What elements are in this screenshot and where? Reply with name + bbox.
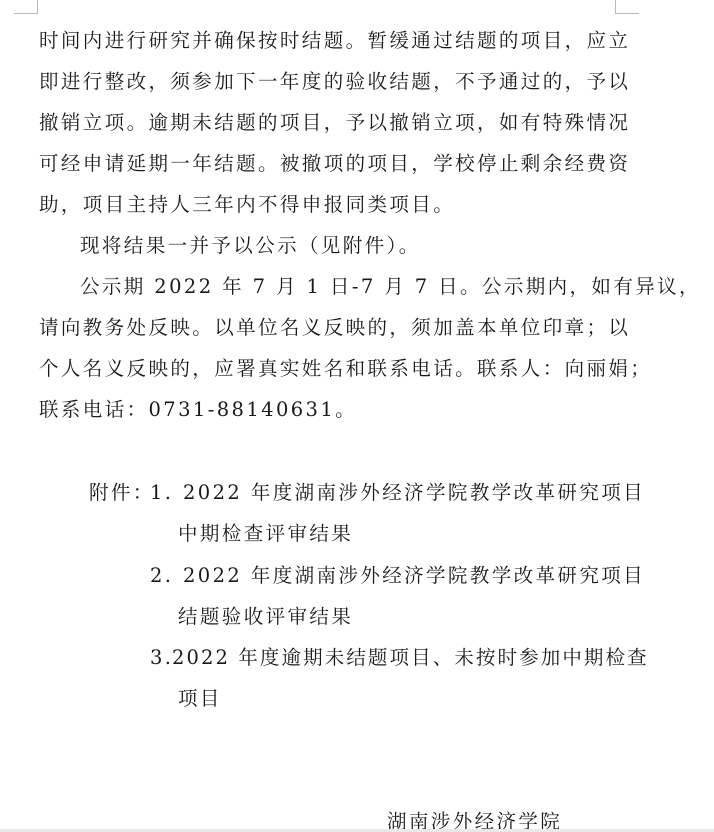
attachment-title: 2022 年度逾期未结题项目、未按时参加中期检查 — [172, 646, 649, 670]
attachment-number: 2. — [150, 564, 173, 588]
paragraph-line: 请向教务处反映。以单位名义反映的，须加盖本单位印章；以 — [39, 316, 630, 340]
attachment-number: 1. — [150, 481, 173, 505]
paragraph-line: 公示期 2022 年 7 月 1 日-7 月 7 日。公示期内，如有异议， — [80, 275, 701, 299]
attachment-number: 3. — [150, 646, 173, 670]
paragraph-line: 即进行整改，须参加下一年度的验收结题，不予通过的，予以 — [39, 70, 630, 94]
page-corner-mark-left — [14, 0, 38, 14]
page-corner-mark-right — [615, 0, 639, 14]
attachment-title-cont: 项目 — [178, 687, 222, 711]
attachments-label: 附件： — [89, 481, 155, 505]
paragraph-line: 助，项目主持人三年内不得申报同类项目。 — [39, 193, 455, 217]
paragraph-line: 联系电话：0731-88140631。 — [39, 398, 357, 422]
paragraph-publication-notice: 现将结果一并予以公示（见附件）。 — [80, 234, 421, 258]
attachment-title: 2022 年度湖南涉外经济学院教学改革研究项目 — [183, 481, 645, 505]
attachment-title-cont: 中期检查评审结果 — [178, 522, 353, 546]
paragraph-line: 撤销立项。逾期未结题的项目，予以撤销立项，如有特殊情况 — [39, 111, 630, 135]
paragraph-line: 时间内进行研究并确保按时结题。暂缓通过结题的项目，应立 — [39, 29, 630, 53]
attachment-title: 2022 年度湖南涉外经济学院教学改革研究项目 — [183, 564, 645, 588]
paragraph-line: 可经申请延期一年结题。被撤项的项目，学校停止剩余经费资 — [39, 152, 630, 176]
paragraph-line: 个人名义反映的，应署真实姓名和联系电话。联系人：向丽娟； — [39, 357, 652, 381]
attachment-title-cont: 结题验收评审结果 — [178, 605, 353, 629]
